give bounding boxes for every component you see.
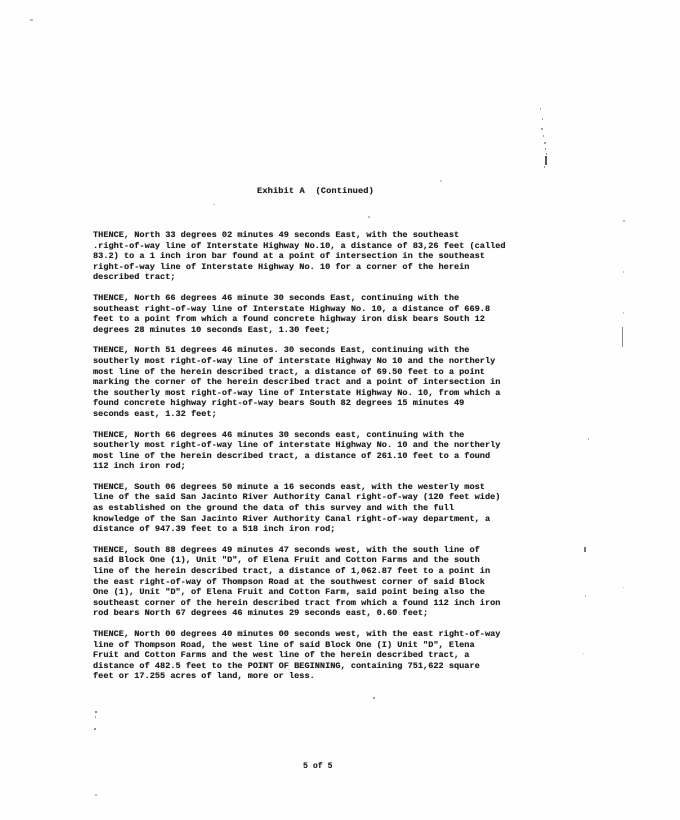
legal-paragraph-thence-5: THENCE, South 06 degrees 50 minute a 16 … [93, 482, 533, 535]
scanned-document-page: Exhibit A (Continued) THENCE, North 33 d… [0, 0, 680, 820]
scan-speck [585, 595, 586, 597]
legal-paragraph-thence-7: THENCE, North 00 degrees 40 minutes 00 s… [93, 629, 533, 682]
legal-paragraph-thence-1: THENCE, North 33 degrees 02 minutes 49 s… [93, 230, 533, 283]
scan-speck [583, 653, 584, 654]
scan-speck [623, 312, 624, 314]
legal-paragraph-thence-6: THENCE, South 88 degrees 49 minutes 47 s… [93, 545, 533, 619]
page-number: 5 of 5 [303, 762, 332, 771]
scan-speck [95, 794, 97, 796]
legal-paragraph-thence-2: THENCE, North 66 degrees 46 minute 30 se… [93, 293, 533, 335]
scan-dotted-trail [544, 142, 546, 144]
scan-dotted-trail [540, 108, 541, 110]
scan-speck [623, 220, 625, 222]
scan-scratch [622, 327, 623, 347]
scan-speck [584, 547, 586, 552]
scan-speck [30, 19, 33, 21]
scan-speck [373, 697, 375, 699]
scan-dotted-trail [546, 153, 547, 155]
page-title: Exhibit A (Continued) [257, 186, 374, 196]
scan-speck [95, 711, 97, 713]
legal-paragraph-thence-3: THENCE, North 51 degrees 46 minutes. 30 … [93, 345, 533, 419]
scan-speck [623, 271, 624, 273]
scan-dotted-trail [543, 135, 544, 137]
scan-speck [623, 587, 624, 588]
scan-dotted-trail [541, 128, 543, 130]
scan-speck [588, 438, 589, 440]
document-body: THENCE, North 33 degrees 02 minutes 49 s… [93, 230, 533, 692]
scan-speck [368, 216, 370, 218]
scan-scratch [545, 156, 547, 165]
scan-dotted-trail [544, 166, 545, 168]
scan-speck [95, 716, 96, 718]
scan-speck [213, 204, 215, 205]
scan-speck [440, 180, 442, 182]
scan-dotted-trail [542, 118, 543, 120]
scan-speck [94, 728, 96, 730]
scan-dotted-trail [545, 148, 546, 150]
legal-paragraph-thence-4: THENCE, North 66 degrees 46 minutes 30 s… [93, 430, 533, 472]
